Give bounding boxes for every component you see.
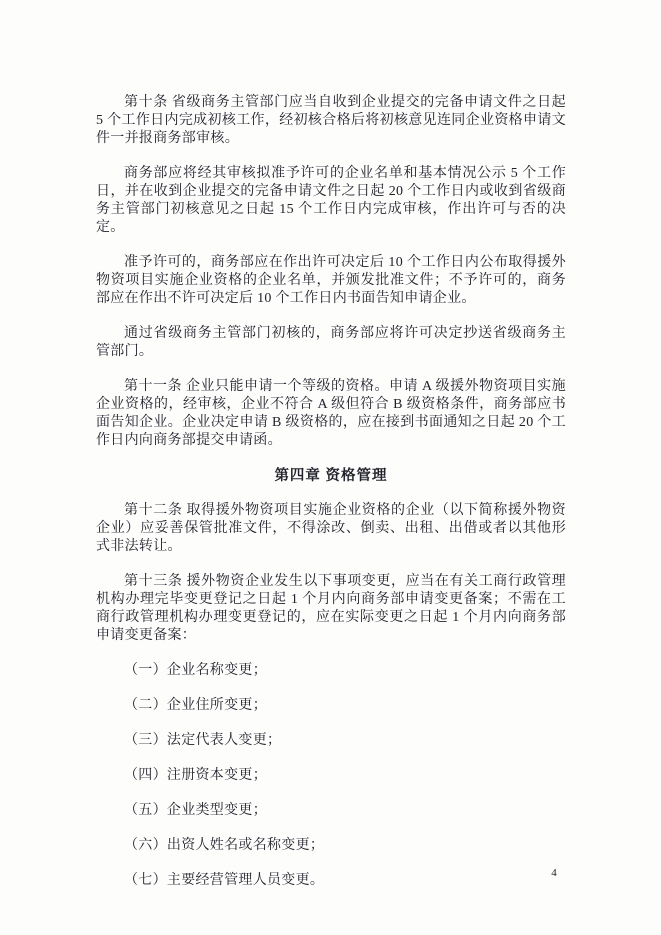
list-item-7: （七）主要经营管理人员变更。 — [96, 872, 566, 890]
paragraph-mofcom-review: 商务部应将经其审核拟准予许可的企业名单和基本情况公示 5 个工作日，并在收到企业… — [96, 165, 566, 237]
list-item-3: （三）法定代表人变更； — [96, 732, 566, 750]
paragraph-article-13: 第十三条 援外物资企业发生以下事项变更，应当在有关工商行政管理机构办理完毕变更登… — [96, 573, 566, 645]
list-item-6: （六）出资人姓名或名称变更； — [96, 837, 566, 855]
paragraph-article-10: 第十条 省级商务主管部门应当自收到企业提交的完备申请文件之日起 5 个工作日内完… — [96, 94, 566, 148]
list-item-1: （一）企业名称变更； — [96, 662, 566, 680]
list-item-2: （二）企业住所变更； — [96, 697, 566, 715]
list-item-4: （四）注册资本变更； — [96, 767, 566, 785]
chapter-4-heading: 第四章 资格管理 — [96, 467, 566, 485]
paragraph-article-11: 第十一条 企业只能申请一个等级的资格。申请 A 级援外物资项目实施企业资格的，经… — [96, 378, 566, 450]
paragraph-copy-to-provincial: 通过省级商务主管部门初核的，商务部应将许可决定抄送省级商务主管部门。 — [96, 325, 566, 361]
page-number: 4 — [546, 866, 562, 880]
list-item-5: （五）企业类型变更； — [96, 802, 566, 820]
document-body: 第十条 省级商务主管部门应当自收到企业提交的完备申请文件之日起 5 个工作日内完… — [96, 94, 566, 907]
paragraph-approval-decision: 准予许可的，商务部应在作出许可决定后 10 个工作日内公布取得援外物资项目实施企… — [96, 254, 566, 308]
document-page: 第十条 省级商务主管部门应当自收到企业提交的完备申请文件之日起 5 个工作日内完… — [0, 0, 661, 935]
paragraph-article-12: 第十二条 取得援外物资项目实施企业资格的企业（以下简称援外物资企业）应妥善保管批… — [96, 502, 566, 556]
